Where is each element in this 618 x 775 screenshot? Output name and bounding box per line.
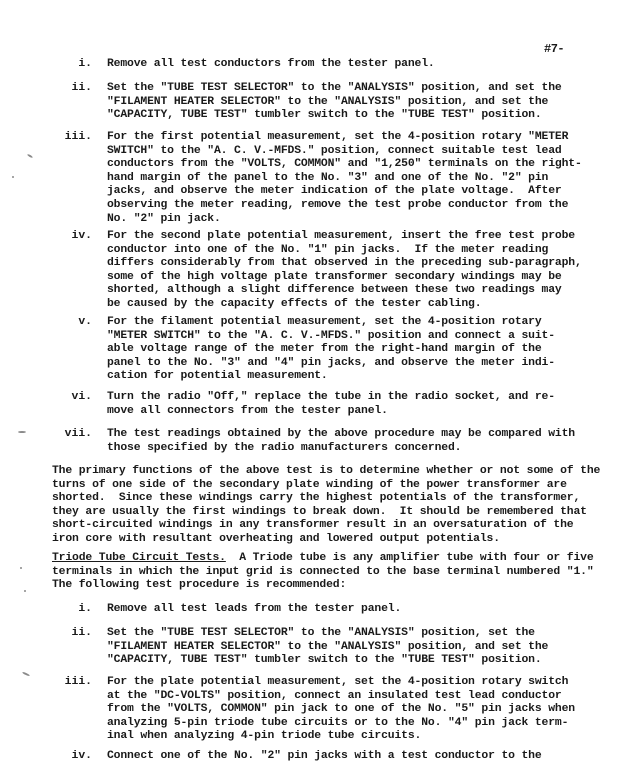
item-text: For the second plate potential measureme… <box>107 230 577 312</box>
item-number: ii. <box>0 82 92 96</box>
item-text: Set the "TUBE TEST SELECTOR" to the "ANA… <box>107 82 577 123</box>
item-number: i. <box>0 603 92 617</box>
scan-speck <box>18 431 26 433</box>
item-number: v. <box>0 316 92 330</box>
scan-speck <box>12 176 14 178</box>
item-number: iii. <box>0 131 92 145</box>
item-text: For the plate potential measurement, set… <box>107 676 577 744</box>
item-text: Connect one of the No. "2" pin jacks wit… <box>107 750 577 764</box>
item-text: For the first potential measurement, set… <box>107 131 577 226</box>
triode-section-intro: Triode Tube Circuit Tests. A Triode tube… <box>52 552 592 593</box>
item-number: vi. <box>0 391 92 405</box>
item-number: ii. <box>0 627 92 641</box>
section-heading: Triode Tube Circuit Tests. <box>52 552 226 564</box>
item-text: The test readings obtained by the above … <box>107 428 577 455</box>
item-number: vii. <box>0 428 92 442</box>
scan-speck <box>24 590 26 592</box>
item-text: Set the "TUBE TEST SELECTOR" to the "ANA… <box>107 627 577 668</box>
item-text: For the filament potential measurement, … <box>107 316 577 384</box>
document-page: #7- i. Remove all test conductors from t… <box>0 0 618 775</box>
item-text: Remove all test leads from the tester pa… <box>107 603 577 617</box>
item-text: Remove all test conductors from the test… <box>107 58 577 72</box>
page-number: #7- <box>544 42 564 56</box>
item-number: iv. <box>0 750 92 764</box>
summary-paragraph: The primary functions of the above test … <box>52 465 592 547</box>
item-number: iii. <box>0 676 92 690</box>
scan-speck <box>20 567 22 569</box>
item-text: Turn the radio "Off," replace the tube i… <box>107 391 577 418</box>
scan-speck <box>27 154 33 159</box>
item-number: iv. <box>0 230 92 244</box>
item-number: i. <box>0 58 92 72</box>
